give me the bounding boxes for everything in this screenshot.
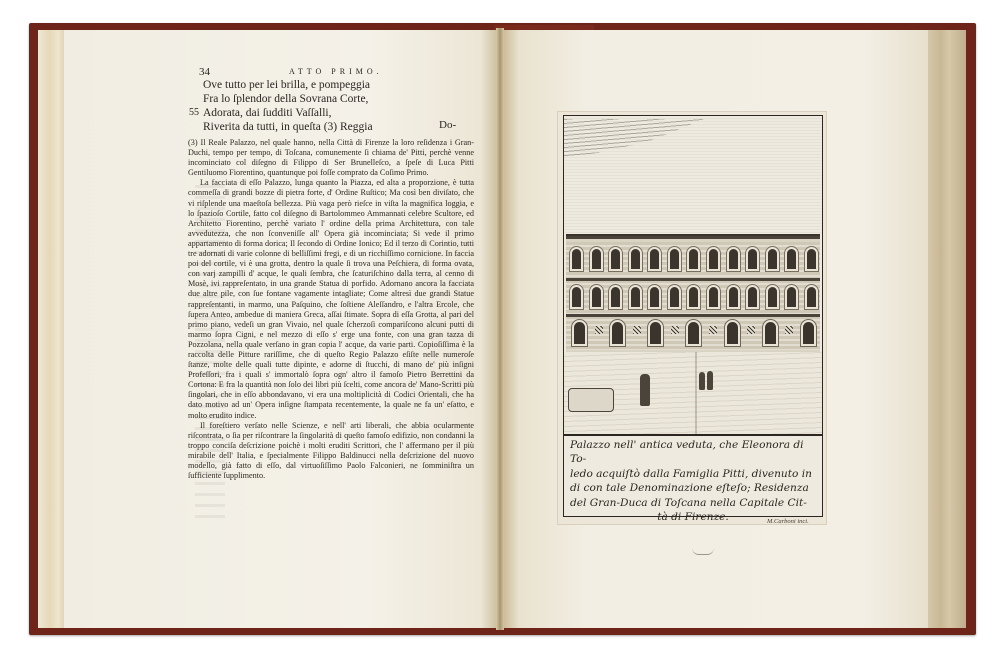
- footnote-block: (3)Il Reale Palazzo, nel quale hanno, ne…: [188, 138, 474, 481]
- window: [689, 249, 698, 269]
- window: [592, 249, 601, 269]
- piazza-path: [676, 352, 716, 434]
- grille: [595, 326, 603, 334]
- carriage-figure: [568, 388, 614, 412]
- footnote-paragraph: (3)Il Reale Palazzo, nel quale hanno, ne…: [188, 138, 474, 178]
- window: [572, 249, 581, 269]
- running-head-title: ATTO PRIMO.: [289, 67, 383, 76]
- window: [787, 287, 796, 307]
- middle-windows: [572, 287, 816, 307]
- pedestrian-figure: [699, 372, 705, 390]
- cornice: [566, 278, 820, 281]
- window: [611, 287, 620, 307]
- verse-text: Riverita da tutti, in queſta (3) Reggia: [203, 121, 373, 133]
- main-portal: [688, 322, 699, 344]
- caption-line: del Gran-Duca di Toſcana nella Capitale …: [570, 496, 816, 510]
- window: [631, 249, 640, 269]
- window: [572, 287, 581, 307]
- arch: [803, 322, 814, 344]
- upper-windows: [572, 249, 816, 269]
- right-page-edges: [924, 30, 966, 628]
- window: [611, 249, 620, 269]
- pedestrian-figure: [707, 371, 713, 390]
- book-gutter: [496, 28, 504, 630]
- caption-rule: [564, 434, 822, 436]
- verse-line: Fra lo ſplendor della Sovrana Corte,: [203, 92, 373, 106]
- window: [807, 249, 816, 269]
- grille: [671, 326, 679, 334]
- window: [650, 249, 659, 269]
- verse-text: Fra lo ſplendor della Sovrana Corte,: [203, 93, 368, 105]
- window: [689, 287, 698, 307]
- engraving-clouds: [564, 119, 704, 157]
- window: [787, 249, 796, 269]
- grille: [747, 326, 755, 334]
- window: [748, 287, 757, 307]
- window: [670, 287, 679, 307]
- footnote-text: Il Reale Palazzo, nel quale hanno, nella…: [188, 138, 474, 177]
- grille: [633, 326, 641, 334]
- page-number: 34: [199, 66, 210, 78]
- window: [768, 249, 777, 269]
- verse-line: Ove tutto per lei brilla, e pompeggia: [203, 78, 373, 92]
- verse-text: Adorata, dai ſudditi Vaſſalli,: [203, 107, 332, 119]
- window: [729, 287, 738, 307]
- engraving-plate: Palazzo nell' antica veduta, che Eleonor…: [563, 115, 823, 517]
- engraving-sky: [564, 116, 822, 234]
- pen-mark: [692, 548, 714, 555]
- cornice: [566, 314, 820, 317]
- window: [709, 287, 718, 307]
- arch: [612, 322, 623, 344]
- arch: [727, 322, 738, 344]
- engraving-piazza: [564, 352, 822, 434]
- palazzo-facade: [566, 234, 820, 352]
- halberdier-figure: [640, 374, 650, 406]
- window: [807, 287, 816, 307]
- grille: [709, 326, 717, 334]
- cornice: [566, 236, 820, 239]
- ground-arches: [574, 322, 814, 344]
- verse-text: Ove tutto per lei brilla, e pompeggia: [203, 79, 370, 91]
- window: [592, 287, 601, 307]
- window: [631, 287, 640, 307]
- window: [768, 287, 777, 307]
- footnote-paragraph: La facciata di eſſo Palazzo, lunga quant…: [188, 178, 474, 420]
- caption-line: di con tale Denominazione eſteſo; Reside…: [570, 481, 816, 495]
- caption-line: Palazzo nell' antica veduta, che Eleonor…: [570, 438, 816, 467]
- footnote-paragraph: Il foreſtiero verſato nelle Scienze, e n…: [188, 421, 474, 482]
- grille: [785, 326, 793, 334]
- window: [729, 249, 738, 269]
- arch: [765, 322, 776, 344]
- verse-line: Riverita da tutti, in queſta (3) Reggia: [203, 120, 373, 134]
- verse-line: 55 Adorata, dai ſudditi Vaſſalli,: [203, 106, 373, 120]
- verse-block: Ove tutto per lei brilla, e pompeggia Fr…: [203, 78, 373, 134]
- line-number: 55: [189, 106, 199, 120]
- window: [670, 249, 679, 269]
- arch: [574, 322, 585, 344]
- plate-caption: Palazzo nell' antica veduta, che Eleonor…: [570, 438, 816, 524]
- window: [748, 249, 757, 269]
- footnote-marker: (3): [188, 138, 198, 147]
- window: [650, 287, 659, 307]
- arch: [650, 322, 661, 344]
- catchword: Do-: [439, 119, 456, 131]
- engraver-signature: M.Carboni inci.: [767, 518, 809, 525]
- window: [709, 249, 718, 269]
- caption-line: ledo acquiſtò dalla Famiglia Pitti, dive…: [570, 467, 816, 481]
